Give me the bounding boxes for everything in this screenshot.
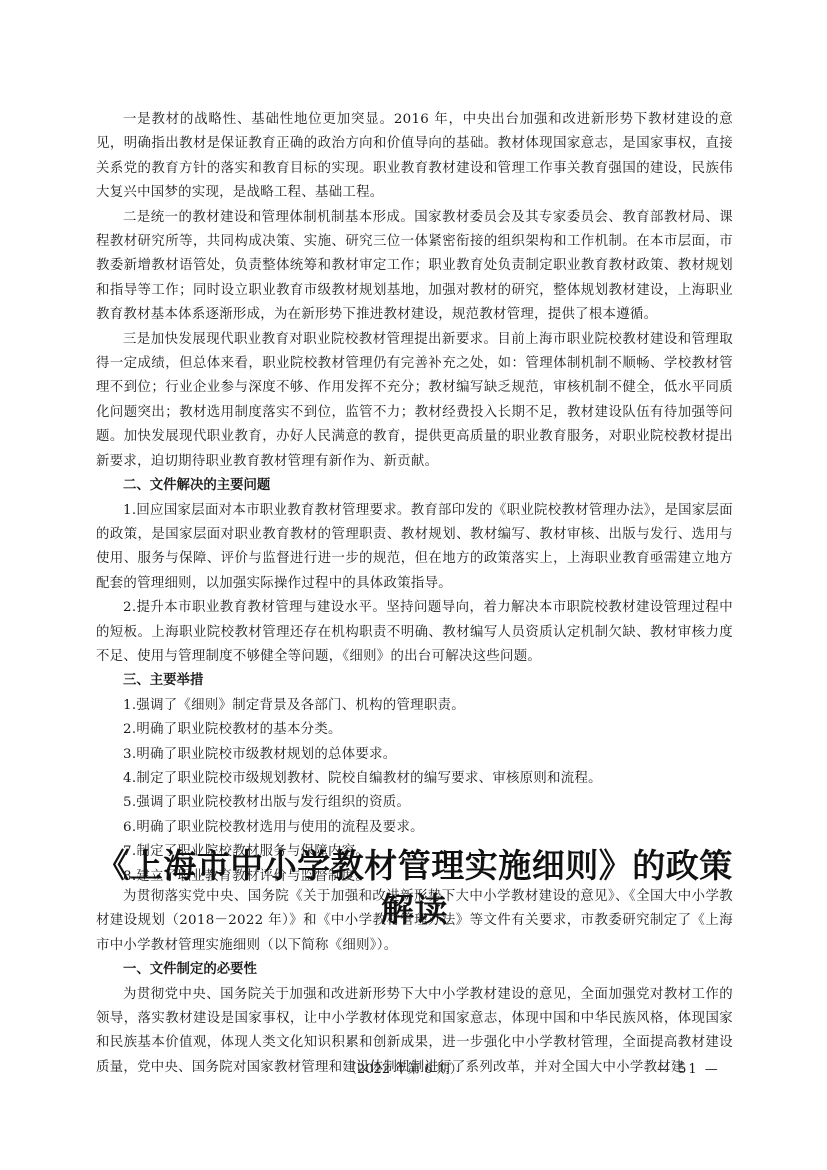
paragraph-strategic-status: 一是教材的战略性、基础性地位更加突显。2016 年，中央出台加强和改进新形势下教… bbox=[96, 108, 733, 206]
measure-item: 4.制定了职业院校市级规划教材、院校自编教材的编写要求、审核原则和流程。 bbox=[96, 767, 733, 791]
paragraph-national-requirements: 1.回应国家层面对本市职业教育教材管理要求。教育部印发的《职业院校教材管理办法》… bbox=[96, 499, 733, 597]
measure-item: 5.强调了职业院校教材出版与发行组织的资质。 bbox=[96, 791, 733, 815]
paragraph-intro: 为贯彻落实党中央、国务院《关于加强和改进新形势下大中小学教材建设的意见》、《全国… bbox=[96, 885, 733, 958]
paragraph-unified-system: 二是统一的教材建设和管理体制机制基本形成。国家教材委员会及其专家委员会、教育部教… bbox=[96, 206, 733, 328]
article-body-part1: 一是教材的战略性、基础性地位更加突显。2016 年，中央出台加强和改进新形势下教… bbox=[96, 108, 733, 889]
section-heading-main-measures: 三、主要举措 bbox=[96, 669, 733, 693]
paragraph-improve-level: 2.提升本市职业教育教材管理与建设水平。坚持问题导向，着力解决本市职院校教材建设… bbox=[96, 596, 733, 669]
section-heading-main-problems: 二、文件解决的主要问题 bbox=[96, 474, 733, 498]
measure-item: 6.明确了职业院校教材选用与使用的流程及要求。 bbox=[96, 816, 733, 840]
article-body-part2: 为贯彻落实党中央、国务院《关于加强和改进新形势下大中小学教材建设的意见》、《全国… bbox=[96, 885, 733, 1080]
issue-label: （2022 年第 6 期） bbox=[344, 1060, 463, 1080]
section-heading-necessity: 一、文件制定的必要性 bbox=[96, 958, 733, 982]
paragraph-new-requirements: 三是加快发展现代职业教育对职业院校教材管理提出新要求。目前上海市职业院校教材建设… bbox=[96, 328, 733, 474]
measure-item: 1.强调了《细则》制定背景及各部门、机构的管理职责。 bbox=[96, 694, 733, 718]
measure-item: 3.明确了职业院校市级教材规划的总体要求。 bbox=[96, 743, 733, 767]
page-number: — 51 — bbox=[657, 1060, 720, 1080]
measure-item: 2.明确了职业院校教材的基本分类。 bbox=[96, 718, 733, 742]
